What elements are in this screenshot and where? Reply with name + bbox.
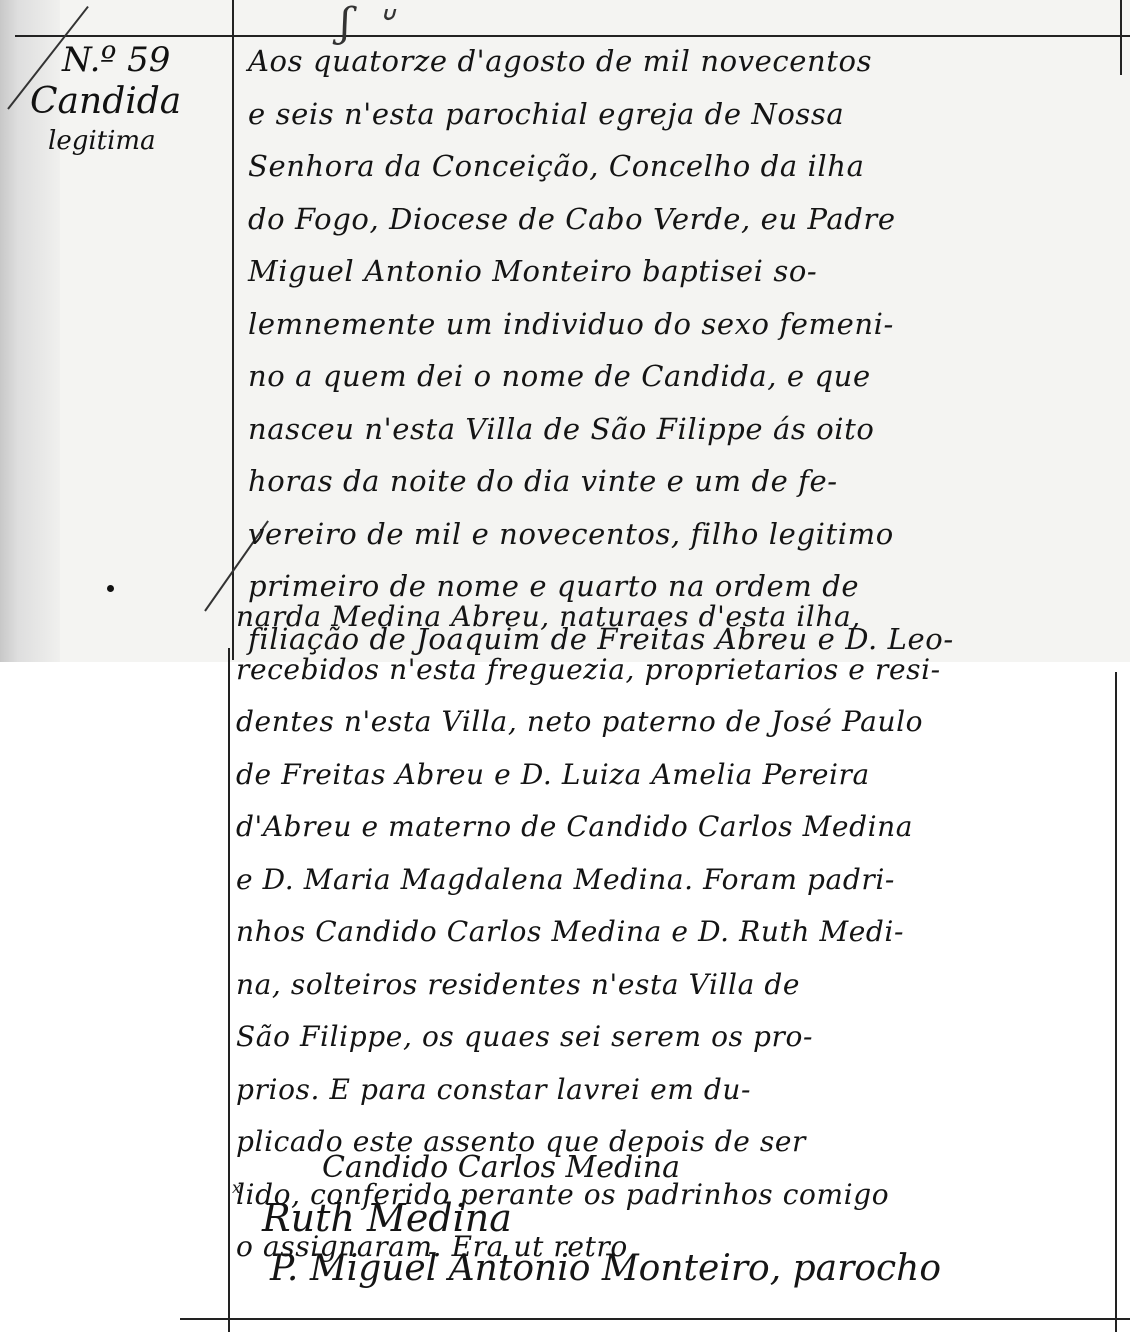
legitimacy-status: legitima [48, 124, 230, 158]
right-border-upper [1120, 0, 1122, 75]
signature-priest: P. Miguel Antonio Monteiro, parocho [270, 1248, 941, 1289]
baptized-name: Candida [30, 80, 230, 124]
ink-dot [107, 585, 114, 592]
body-line: d'Abreu e materno de Candido Carlos Medi… [236, 801, 1116, 854]
body-line: Aos quatorze d'agosto de mil novecentos [248, 35, 1118, 88]
body-line: e seis n'esta parochial egreja de Nossa [248, 88, 1118, 141]
column-divider-upper [232, 0, 234, 660]
body-line: do Fogo, Diocese de Cabo Verde, eu Padre [248, 193, 1118, 246]
signature-godfather: Candido Carlos Medina [322, 1150, 680, 1185]
record-body: Aos quatorze d'agosto de mil novecentos … [248, 35, 1118, 665]
bottom-rule [180, 1318, 1130, 1320]
body-line: Miguel Antonio Monteiro baptisei so- [248, 245, 1118, 298]
body-line: São Filippe, os quaes sei serem os pro- [236, 1011, 1116, 1064]
signature-godmother: Ruth Medina [262, 1196, 512, 1240]
body-line: Senhora da Conceição, Concelho da ilha [248, 140, 1118, 193]
margin-annotation: N.º 59 Candida legitima [20, 40, 230, 158]
body-line: de Freitas Abreu e D. Luiza Amelia Perei… [236, 749, 1116, 802]
body-line: horas da noite do dia vinte e um de fe- [248, 455, 1118, 508]
body-line: vereiro de mil e novecentos, filho legit… [248, 508, 1118, 561]
body-line: dentes n'esta Villa, neto paterno de Jos… [236, 696, 1116, 749]
body-line: narda Medina Abreu, naturaes d'esta ilha… [236, 591, 1116, 644]
body-line: nasceu n'esta Villa de São Filippe ás oi… [248, 403, 1118, 456]
body-line: na, solteiros residentes n'esta Villa de [236, 959, 1116, 1012]
entry-number: N.º 59 [62, 40, 230, 80]
body-line: e D. Maria Magdalena Medina. Foram padri… [236, 854, 1116, 907]
column-divider-lower [228, 648, 230, 1332]
signature-mark: x [232, 1178, 241, 1197]
body-line: no a quem dei o nome de Candida, e que [248, 350, 1118, 403]
body-line: prios. E para constar lavrei em du- [236, 1064, 1116, 1117]
body-line: lemnemente um individuo do sexo femeni- [248, 298, 1118, 351]
body-line: recebidos n'esta freguezia, proprietario… [236, 644, 1116, 697]
body-line: nhos Candido Carlos Medina e D. Ruth Med… [236, 906, 1116, 959]
